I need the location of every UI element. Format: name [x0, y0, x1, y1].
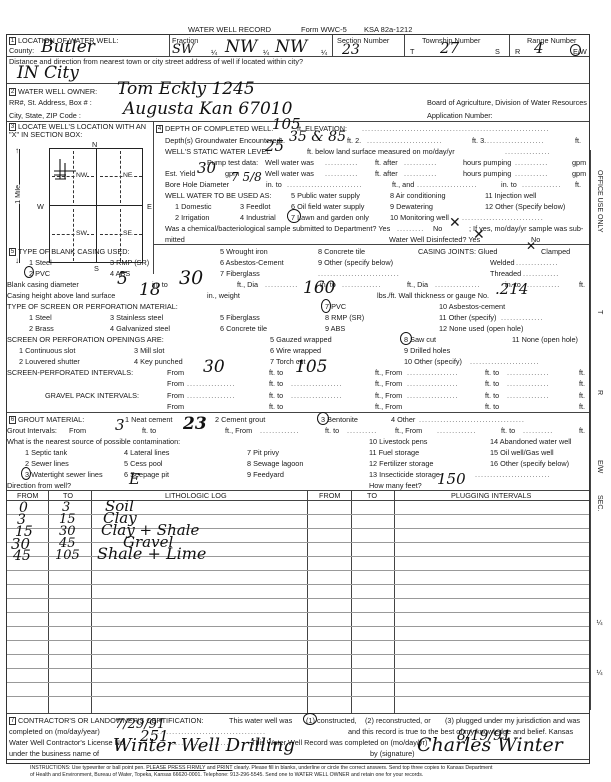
saw-cut-circle	[400, 332, 412, 345]
instructions: INSTRUCTIONS: Use typewriter or ball poi…	[30, 765, 590, 779]
constructed-circle	[303, 713, 317, 725]
use-7-circle	[287, 209, 301, 223]
bore-diameter-value[interactable]: 7 5/8	[231, 171, 262, 183]
township-value[interactable]: 27	[440, 41, 459, 56]
feet-value[interactable]: 150	[437, 472, 466, 487]
address-label: RR#, St. Address, Box # :	[9, 99, 92, 106]
city-label: City, State, ZIP Code :	[9, 112, 81, 119]
fraction-3[interactable]: NW	[275, 39, 307, 56]
one-mile-label: 1 Mile	[15, 185, 22, 204]
joints-glued-mark: ✕	[526, 240, 536, 252]
how-many-feet-label: How many feet?	[369, 482, 422, 489]
screen-to-value[interactable]: 105	[295, 359, 327, 376]
owner-value[interactable]: Tom Eckly 1245	[117, 81, 255, 98]
direction-value[interactable]: E	[129, 472, 140, 487]
static-level-label: WELL'S STATIC WATER LEVEL	[165, 148, 270, 155]
wall-thickness-value[interactable]: .214	[495, 282, 528, 297]
business-name-value[interactable]: Winter Well Drilling	[113, 737, 295, 755]
bentonite-circle	[317, 412, 329, 425]
water-use-label: WELL WATER TO BE USED AS:	[165, 192, 272, 199]
blank-diameter-value[interactable]: 5	[117, 271, 128, 288]
log-header-to: TO	[63, 492, 73, 499]
casing-pvc-circle	[24, 266, 34, 278]
office-use-strip: OFFICE USE ONLY T R E/W SEC. ¼ ¼	[596, 150, 608, 710]
section-5-label: 5TYPE OF BLANK CASING USED:	[9, 248, 130, 256]
log-header-from-2: FROM	[319, 492, 340, 499]
groundwater-label: Depth(s) Groundwater Encountered	[165, 137, 281, 144]
section-7-label: 7CONTRACTOR'S OR LANDOWNER'S CERTIFICATI…	[9, 717, 204, 725]
board-label: Board of Agriculture, Division of Water …	[427, 99, 587, 106]
grout-intervals-label: Grout Intervals:	[7, 427, 57, 434]
screen-pvc-circle	[321, 299, 331, 313]
screen-from-value[interactable]: 30	[203, 359, 225, 376]
log-header-lithologic: LITHOLOGIC LOG	[165, 492, 227, 499]
section-number-value[interactable]: 23	[342, 43, 360, 57]
fraction-2[interactable]: NW	[225, 39, 257, 56]
watertight-circle	[21, 467, 31, 480]
direction-label: Direction from well?	[7, 482, 71, 489]
casing-height-value[interactable]: 18	[139, 282, 161, 299]
static-level-value[interactable]: 25	[265, 139, 284, 154]
openings-label: SCREEN OR PERFORATION OPENINGS ARE:	[7, 336, 164, 343]
application-number-label: Application Number:	[427, 112, 493, 119]
distance-value[interactable]: IN City	[17, 65, 79, 82]
form-number: Form WWC-5	[301, 26, 347, 34]
well-location-mark	[52, 157, 78, 181]
section-4-label: 4DEPTH OF COMPLETED WELL.	[156, 125, 273, 133]
signature-value[interactable]: Charles Winter	[417, 736, 563, 755]
office-use-label: OFFICE USE ONLY	[596, 170, 603, 233]
groundwater-1-value[interactable]: 35 & 85	[289, 130, 346, 144]
water-well-record-form: 1LOCATION OF WATER WELL: County: Butler …	[6, 34, 590, 764]
gravel-pack-label: GRAVEL PACK INTERVALS:	[45, 392, 139, 399]
log-header-plugging: PLUGGING INTERVALS	[451, 492, 531, 499]
section-location-box[interactable]: NW NE SW SE	[49, 148, 143, 263]
form-title-text: WATER WELL RECORD	[188, 26, 271, 34]
county-label: County:	[9, 47, 34, 54]
city-value[interactable]: Augusta Kan 67010	[123, 101, 292, 118]
sample-no-mark: ✕	[449, 216, 461, 230]
yield-value[interactable]: 30	[197, 161, 216, 176]
county-value[interactable]: Butler	[41, 39, 95, 56]
weight-value[interactable]: 160	[303, 280, 335, 297]
section-3-label: 3LOCATE WELL'S LOCATION WITH AN "X" IN S…	[9, 123, 151, 139]
grout-to-value[interactable]: 23	[183, 416, 207, 433]
grout-from-value[interactable]: 3	[115, 418, 125, 433]
screen-intervals-label: SCREEN-PERFORATED INTERVALS:	[7, 369, 133, 376]
section-2-label: 2WATER WELL OWNER:	[9, 88, 97, 96]
range-e-circle	[570, 44, 581, 56]
fraction-1[interactable]: SW	[172, 43, 194, 56]
screen-material-label: TYPE OF SCREEN OR PERFORATION MATERIAL:	[7, 303, 178, 310]
log-header-from: FROM	[17, 492, 38, 499]
blank-to-value[interactable]: 30	[179, 269, 203, 288]
contamination-label: What is the nearest source of possible c…	[7, 438, 180, 445]
range-value[interactable]: 4	[534, 41, 544, 56]
log-header-to-2: TO	[367, 492, 377, 499]
section-6-label: 6GROUT MATERIAL:	[9, 416, 84, 424]
form-statute: KSA 82a-1212	[364, 26, 412, 34]
disinfected-yes-mark: ✕	[473, 228, 485, 242]
